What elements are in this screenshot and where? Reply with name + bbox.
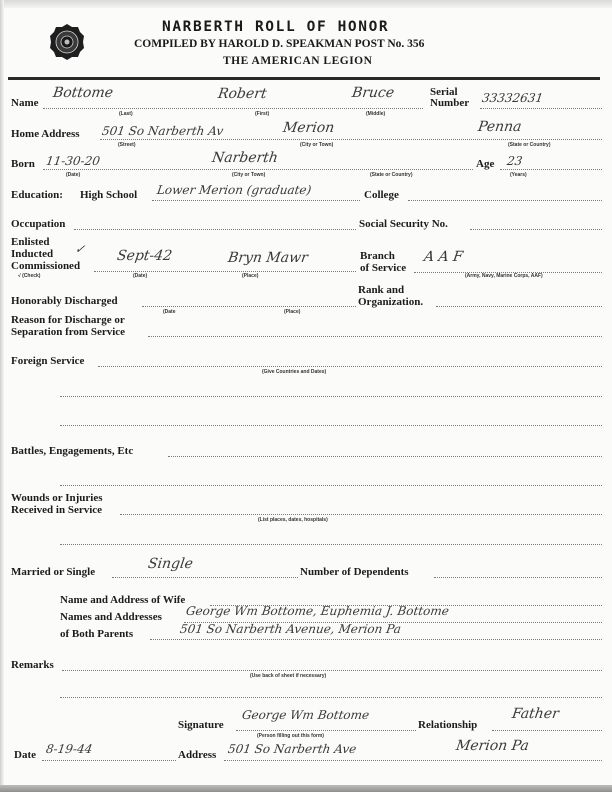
age-line xyxy=(500,169,602,170)
born-line xyxy=(43,169,473,170)
discharged-line xyxy=(142,306,356,307)
home-street-caption: (Street) xyxy=(118,142,136,148)
header-rule xyxy=(8,77,600,80)
ssn-line xyxy=(470,229,602,230)
date-label: Date xyxy=(14,749,36,761)
address-city-field[interactable]: Merion Pa xyxy=(455,738,530,754)
wounds-label-1: Wounds or Injuries xyxy=(11,492,103,504)
name-first-field[interactable]: Robert xyxy=(217,86,268,102)
wounds-label-2: Received in Service xyxy=(11,504,102,516)
name-middle-field[interactable]: Bruce xyxy=(351,85,395,101)
inducted-label: Inducted xyxy=(11,248,53,260)
age-field[interactable]: 23 xyxy=(506,154,523,168)
date-field[interactable]: 8-19-44 xyxy=(45,742,93,756)
service-entry-date-field[interactable]: Sept-42 xyxy=(116,248,173,264)
wounds-caption: (List places, dates, hospitals) xyxy=(258,517,328,523)
service-entry-line xyxy=(94,271,356,272)
high-school-field[interactable]: Lower Merion (graduate) xyxy=(156,183,312,197)
college-label: College xyxy=(364,189,399,201)
commissioned-label: Commissioned xyxy=(11,260,80,272)
address-label: Address xyxy=(178,749,216,761)
parents-address-field[interactable]: 501 So Narberth Avenue, Merion Pa xyxy=(179,622,402,636)
organization-line: THE AMERICAN LEGION xyxy=(223,55,372,67)
parents-label-1: Names and Addresses xyxy=(60,611,162,623)
foreign-service-line-1 xyxy=(98,366,602,367)
rank-line xyxy=(436,306,602,307)
name-label: Name xyxy=(11,97,39,109)
parents-names-field[interactable]: George Wm Bottome, Euphemia J. Bottome xyxy=(185,604,450,618)
name-last-caption: (Last) xyxy=(119,111,133,117)
branch-label-1: Branch xyxy=(360,250,395,262)
home-state-caption: (State or Country) xyxy=(508,142,551,148)
born-date-caption: (Date) xyxy=(66,172,80,178)
high-school-label: High School xyxy=(80,189,137,201)
inducted-check-mark[interactable]: ✓ xyxy=(74,242,86,256)
enlisted-label: Enlisted xyxy=(11,236,50,248)
parents-label-2: of Both Parents xyxy=(60,628,133,640)
discharged-place-caption: (Place) xyxy=(284,309,300,315)
battles-label: Battles, Engagements, Etc xyxy=(11,445,133,457)
remarks-label: Remarks xyxy=(11,659,54,671)
address-field[interactable]: 501 So Narberth Ave xyxy=(227,742,357,756)
serial-line xyxy=(480,108,602,109)
home-street-field[interactable]: 501 So Narberth Av xyxy=(101,124,224,138)
reason-line xyxy=(148,336,602,337)
age-caption: (Years) xyxy=(510,172,527,178)
foreign-service-label: Foreign Service xyxy=(11,355,84,367)
remarks-line-1 xyxy=(62,670,602,671)
signature-line xyxy=(236,730,416,731)
scan-edge-top xyxy=(0,0,612,8)
name-line xyxy=(43,108,423,109)
home-city-caption: (City or Town) xyxy=(300,142,333,148)
remarks-line-2 xyxy=(60,697,602,698)
wife-label: Name and Address of Wife xyxy=(60,594,185,606)
name-first-caption: (First) xyxy=(255,111,269,117)
service-entry-place-caption: (Place) xyxy=(242,273,258,279)
signature-label: Signature xyxy=(178,719,224,731)
signature-caption: (Person filling out this form) xyxy=(257,733,324,739)
relationship-field[interactable]: Father xyxy=(511,706,560,722)
wounds-line-2 xyxy=(60,544,602,545)
check-caption: √ (Check) xyxy=(18,273,40,279)
home-city-field[interactable]: Merion xyxy=(282,120,335,136)
occupation-label: Occupation xyxy=(11,218,65,230)
age-label: Age xyxy=(476,158,494,170)
american-legion-emblem-icon xyxy=(49,23,85,61)
rank-label-2: Organization. xyxy=(358,296,423,308)
wounds-line-1 xyxy=(120,514,602,515)
reason-label-2: Separation from Service xyxy=(11,326,125,338)
relationship-line xyxy=(492,730,602,731)
name-last-field[interactable]: Bottome xyxy=(52,85,114,101)
address-line xyxy=(224,760,602,761)
scan-edge-bottom xyxy=(0,785,612,792)
scan-edge-left xyxy=(0,0,4,792)
discharged-label: Honorably Discharged xyxy=(11,295,118,307)
marital-line xyxy=(112,577,298,578)
born-date-field[interactable]: 11-30-20 xyxy=(45,154,101,168)
born-label: Born xyxy=(11,158,35,170)
occupation-line xyxy=(74,229,356,230)
dependents-line xyxy=(434,577,602,578)
form-title: NARBERTH ROLL OF HONOR xyxy=(162,19,389,35)
ssn-label: Social Security No. xyxy=(359,218,448,230)
home-address-label: Home Address xyxy=(11,128,80,140)
marital-field[interactable]: Single xyxy=(147,556,194,572)
compiled-by-line: COMPILED BY HAROLD D. SPEAKMAN POST No. … xyxy=(134,38,424,50)
born-city-field[interactable]: Narberth xyxy=(211,150,279,166)
college-line xyxy=(408,200,602,201)
home-address-line xyxy=(100,139,602,140)
reason-label-1: Reason for Discharge or xyxy=(11,314,125,326)
parents-address-line xyxy=(150,639,602,640)
signature-field[interactable]: George Wm Bottome xyxy=(241,708,370,722)
service-entry-place-field[interactable]: Bryn Mawr xyxy=(227,250,309,266)
born-state-caption: (State or Country) xyxy=(370,172,413,178)
service-entry-date-caption: (Date) xyxy=(133,273,147,279)
foreign-service-line-3 xyxy=(60,425,602,426)
serial-number-field[interactable]: 33332631 xyxy=(481,91,544,105)
discharged-date-caption: (Date xyxy=(163,309,176,315)
branch-label-2: of Service xyxy=(360,262,406,274)
home-state-field[interactable]: Penna xyxy=(477,119,523,135)
branch-caption: (Army, Navy, Marine Corps, AAF) xyxy=(465,273,543,279)
relationship-label: Relationship xyxy=(418,719,477,731)
dependents-label: Number of Dependents xyxy=(300,566,409,578)
rank-label-1: Rank and xyxy=(358,284,404,296)
name-middle-caption: (Middle) xyxy=(366,111,385,117)
battles-line-1 xyxy=(168,456,602,457)
marital-label: Married or Single xyxy=(11,566,95,578)
branch-field[interactable]: A A F xyxy=(423,249,464,265)
remarks-caption: (Use back of sheet if necessary) xyxy=(250,673,326,679)
battles-line-2 xyxy=(60,485,602,486)
high-school-line xyxy=(152,200,360,201)
foreign-service-caption: (Give Countries and Dates) xyxy=(262,369,326,375)
education-label: Education: xyxy=(11,189,63,201)
born-city-caption: (City or Town) xyxy=(232,172,265,178)
foreign-service-line-2 xyxy=(60,396,602,397)
date-line xyxy=(42,760,176,761)
serial-label-2: Number xyxy=(430,97,469,109)
